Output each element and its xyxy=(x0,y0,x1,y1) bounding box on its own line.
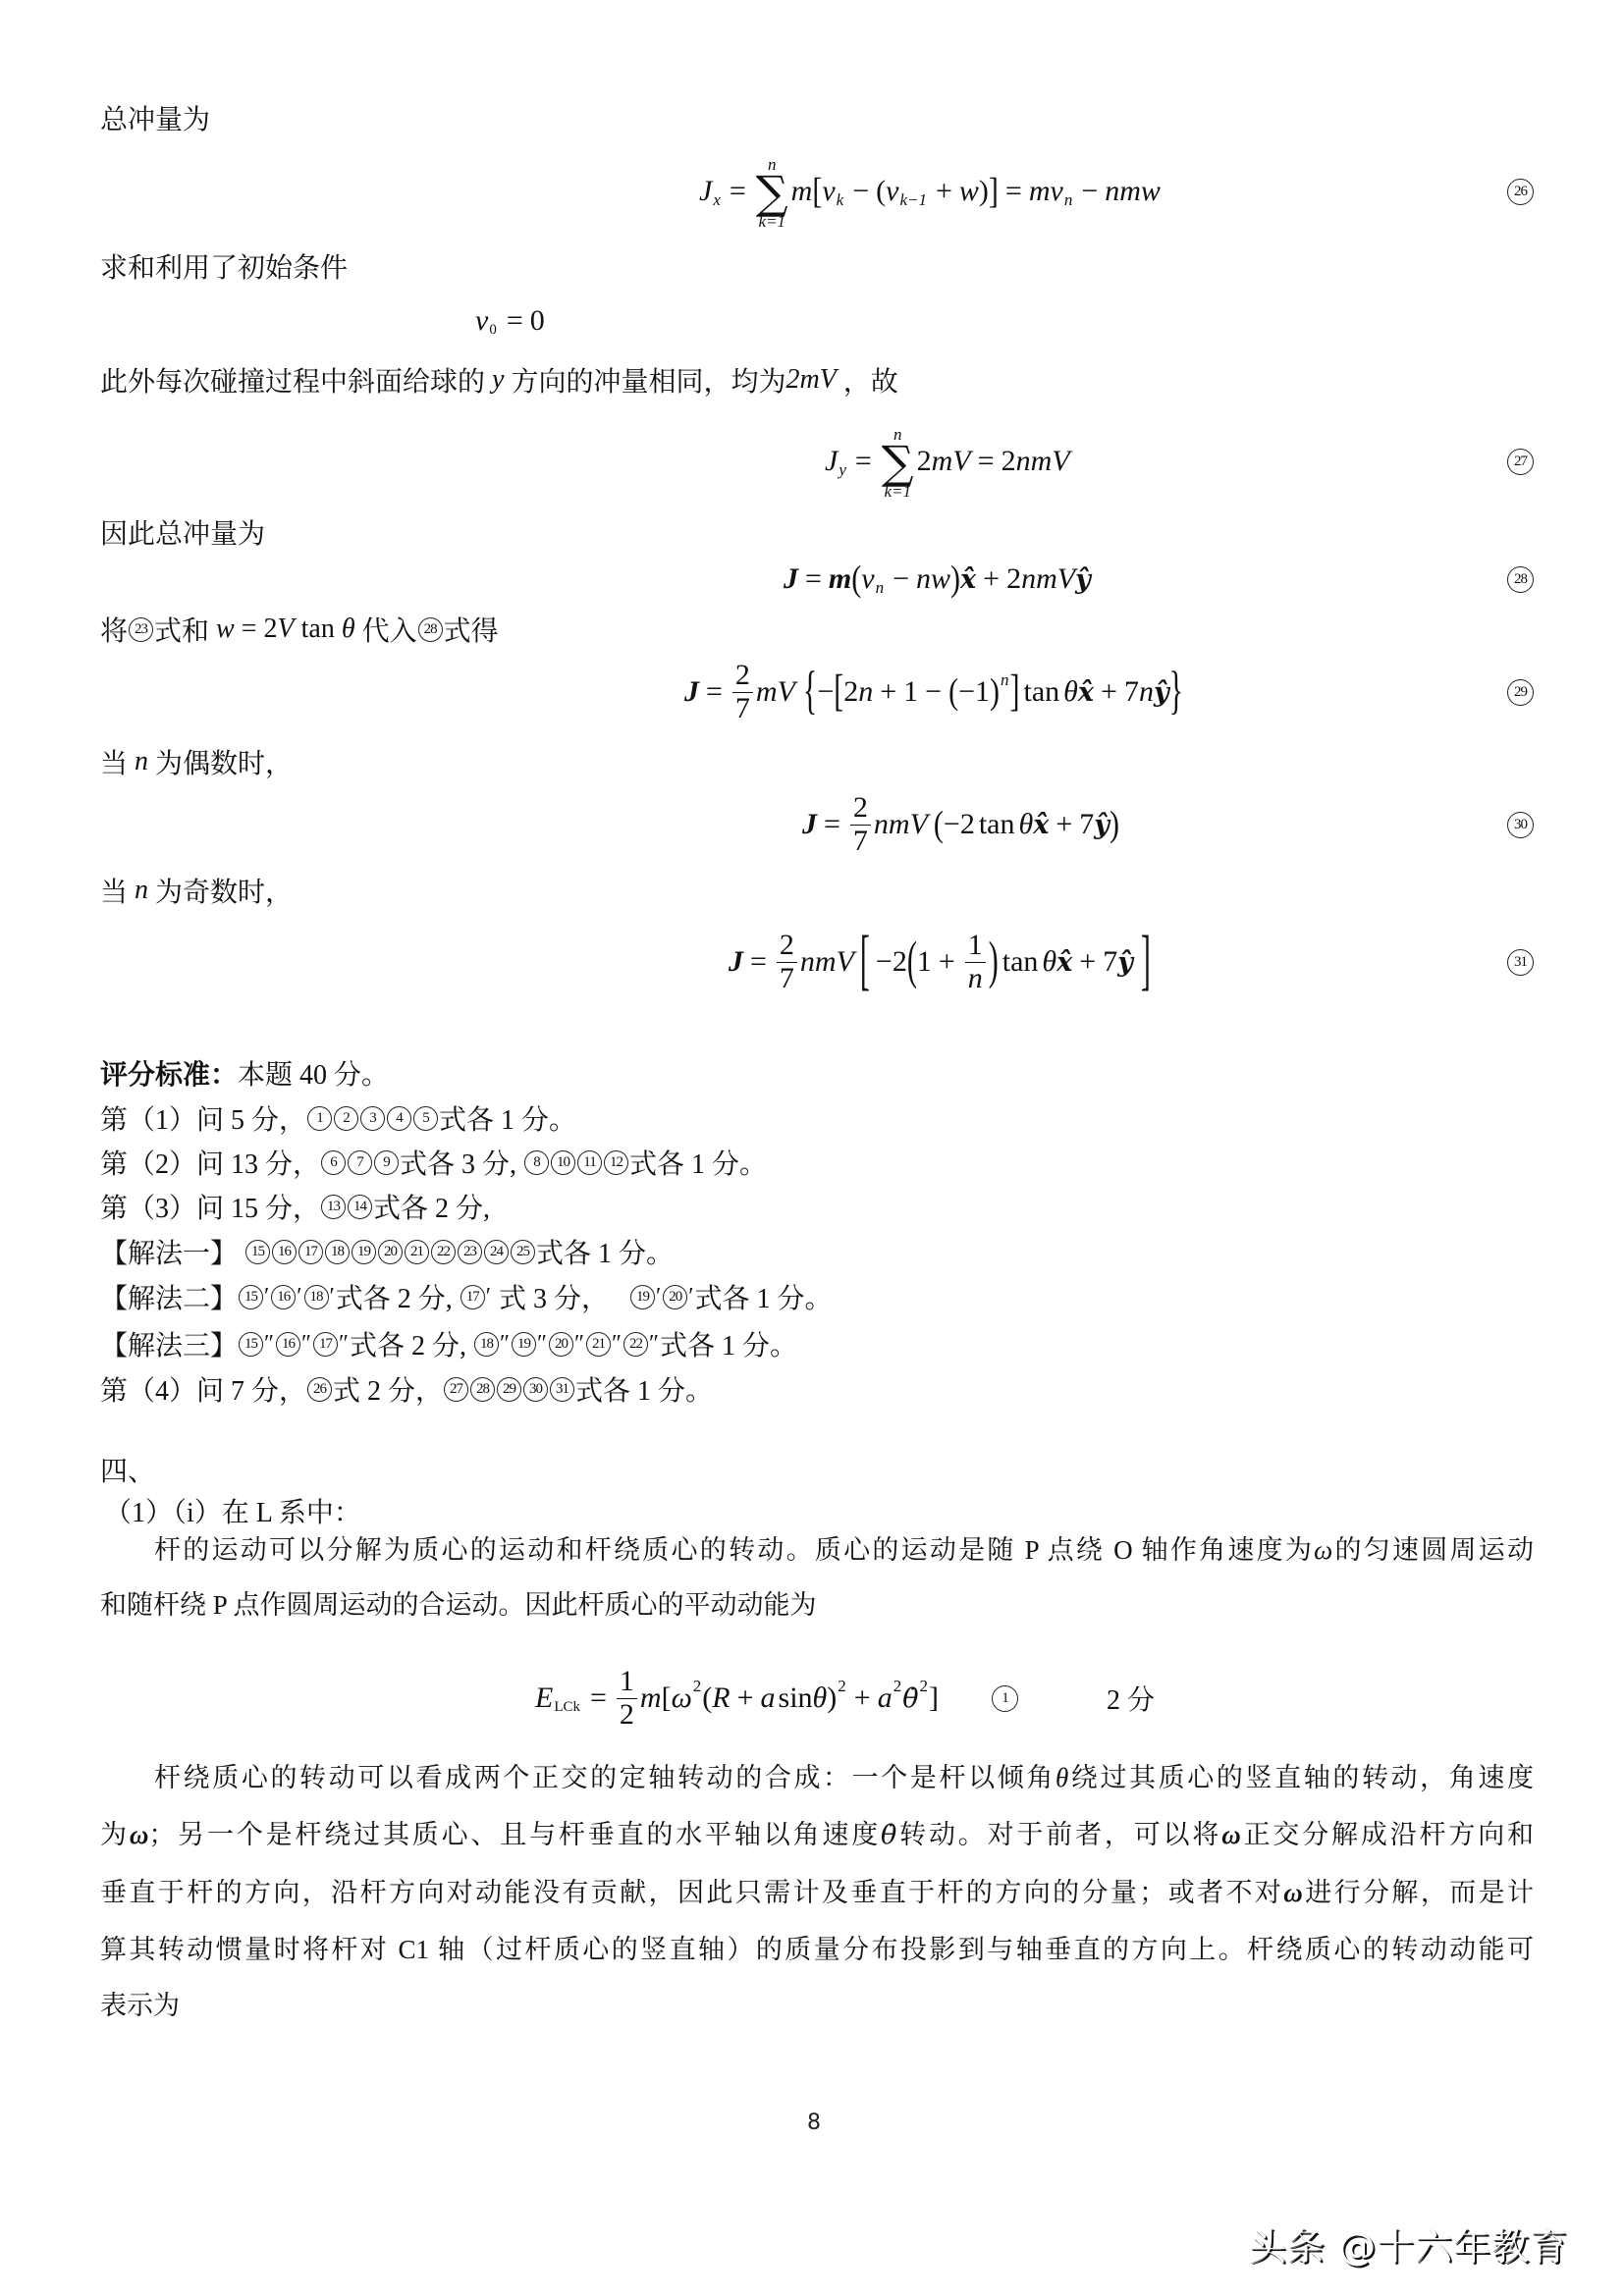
watermark: 头条 @十六年教育 xyxy=(1249,2216,1568,2270)
circled-number: 23 xyxy=(458,1240,482,1264)
sigma-symbol: ∑ xyxy=(882,444,914,482)
sigma-symbol: ∑ xyxy=(756,174,788,212)
math-symbol: nmV xyxy=(1016,445,1070,478)
circled-number: 6 xyxy=(321,1150,346,1175)
paragraph-2-line-4: 算其转动惯量时将杆对 C1 轴（过杆质心的竖直轴）的质量分布投影到与轴垂直的方向… xyxy=(100,1934,1534,1965)
text-segment: 绕过其质心的竖直轴的转动，角速度 xyxy=(1068,1763,1534,1792)
math-operator: = xyxy=(730,175,746,208)
circled-number: 16 xyxy=(271,1285,296,1309)
section-4-subheading: （1）（i）在 L 系中： xyxy=(104,1495,361,1526)
math-operator: − xyxy=(893,562,909,596)
math-superscript: 2 xyxy=(919,1677,928,1696)
math-function: sin xyxy=(779,1682,813,1715)
math-bracket: } xyxy=(1169,662,1183,721)
equation-number-26: 26 xyxy=(1507,179,1534,205)
math-number: 2 xyxy=(1006,562,1021,596)
paragraph-2-line-5: 表示为 xyxy=(100,1990,1534,2021)
math-symbol: m xyxy=(829,562,851,596)
math-operator: + xyxy=(936,175,952,208)
scoring-q2: 第（2）问 13 分， 6 7 9 式各 3 分, 8 10 11 12 式各 … xyxy=(100,1147,767,1178)
math-operator: + xyxy=(737,1682,754,1715)
prime-mark: ′ xyxy=(264,1284,269,1310)
scoring-total: 本题 40 分。 xyxy=(238,1053,389,1093)
text-segment: 第（1）问 5 分， xyxy=(100,1098,306,1138)
math-number: 2 xyxy=(1001,445,1016,478)
math-bracket: [ xyxy=(860,924,870,1000)
section-4-heading: 四、 xyxy=(100,1454,155,1485)
equation-mark-1: 1 xyxy=(992,1685,1018,1712)
math-operator: = xyxy=(1005,175,1022,208)
text-segment: 【解法二】 xyxy=(100,1277,238,1316)
math-function: tan xyxy=(1024,675,1060,709)
math-bracket: ) xyxy=(979,175,989,208)
double-prime-mark: ″ xyxy=(649,1331,659,1358)
text-segment: 式各 1 分。 xyxy=(536,1232,674,1271)
math-subscript: n xyxy=(876,578,885,598)
text-segment: 式得 xyxy=(444,610,499,649)
double-prime-mark: ″ xyxy=(574,1331,584,1358)
circled-number: 28 xyxy=(470,1377,495,1402)
circled-number: 21 xyxy=(405,1240,429,1264)
numerator: 2 xyxy=(850,792,871,825)
math-symbol: v xyxy=(822,175,835,208)
math-symbol: mV xyxy=(756,675,795,709)
text-even-case: 当 n 为偶数时， xyxy=(100,746,293,777)
fraction: 27 xyxy=(850,792,871,857)
text-sum-note: 求和利用了初始条件 xyxy=(100,250,348,282)
math-symbol: m xyxy=(640,1682,662,1715)
score-points: 2 分 xyxy=(1107,1679,1155,1718)
text-segment: 此外每次碰撞过程中斜面给球的 xyxy=(100,360,492,400)
unit-vector-y: ŷ xyxy=(1094,810,1110,840)
equation-initial-condition: v 0 = 0 xyxy=(475,277,545,365)
denominator: 7 xyxy=(732,693,753,724)
math-operator: = xyxy=(242,614,257,645)
double-prime-mark: ″ xyxy=(339,1331,349,1358)
math-bracket: { xyxy=(803,662,817,721)
circled-number: 5 xyxy=(413,1106,438,1131)
math-bracket: [ xyxy=(662,1682,672,1715)
math-symbol: nmw xyxy=(1105,175,1161,208)
circled-number: 30 xyxy=(523,1377,548,1402)
math-vector: J xyxy=(802,808,817,841)
math-subscript: x xyxy=(713,190,721,210)
circled-number: 1 xyxy=(307,1106,332,1131)
math-bracket: ) xyxy=(950,559,960,601)
math-symbol: R xyxy=(712,1682,730,1715)
equation-28: J = m ( v n − nw ) x̂ + 2 nmV ŷ xyxy=(784,535,1091,623)
text-segment: 方向的冲量相同，均为 xyxy=(504,360,785,400)
math-bracket: ( xyxy=(851,559,861,601)
numerator: 1 xyxy=(965,930,986,962)
text-segment: 的匀速圆周运动 xyxy=(1332,1535,1534,1565)
subsection-title: （1）（i）在 L 系中： xyxy=(104,1491,361,1530)
math-bracket: ] xyxy=(1010,667,1020,718)
circled-number: 15 xyxy=(239,1285,263,1309)
math-subscript: k xyxy=(837,190,844,210)
omega-vector-symbol: ω xyxy=(1221,1820,1241,1849)
omega-vector-symbol: ω xyxy=(130,1820,149,1849)
circled-number: 20 xyxy=(663,1285,687,1309)
paragraph-2-line-3: 垂直于杆的方向，沿杆方向对动能没有贡献，因此只需计及垂直于杆的方向的分量；或者不… xyxy=(100,1877,1534,1908)
equation-translational-kinetic-energy: E LCk = 12 m [ ω 2 ( R + a sin θ ) 2 + a… xyxy=(535,1654,939,1742)
math-symbol: nmV xyxy=(800,945,854,979)
math-bracket: ) xyxy=(827,1682,837,1715)
text-substitute: 将 23 式和 w = 2 V tan θ 代入 28 式得 xyxy=(100,614,499,645)
circled-number: 28 xyxy=(418,617,443,642)
math-number: −1 xyxy=(958,675,990,709)
section-number: 四、 xyxy=(100,1450,155,1489)
circled-number: 17 xyxy=(313,1332,338,1357)
math-superscript: 2 xyxy=(838,1677,846,1696)
unit-vector-x: x̂ xyxy=(1078,677,1094,708)
math-symbol: E xyxy=(535,1682,553,1715)
omega-vector-symbol: ω xyxy=(1283,1878,1303,1907)
fraction: 12 xyxy=(617,1666,637,1731)
math-symbol: a xyxy=(878,1682,893,1715)
text-segment: 【解法三】 xyxy=(100,1324,238,1363)
math-symbol: y xyxy=(492,364,504,396)
circled-number: 11 xyxy=(577,1150,602,1175)
scoring-method-3: 【解法三】 15″ 16″ 17″ 式各 2 分, 18″ 19″ 20″ 21… xyxy=(100,1328,797,1360)
equation-number-29: 29 xyxy=(1507,679,1534,706)
text-segment: 第（3）问 15 分， xyxy=(100,1187,320,1226)
math-operator: − xyxy=(925,675,942,709)
summation: n∑k=1 xyxy=(756,156,788,231)
math-symbol: v xyxy=(861,562,874,596)
text-segment: 【解法一】 xyxy=(100,1232,244,1271)
unit-vector-y: ŷ xyxy=(1154,677,1169,708)
math-symbol: a xyxy=(761,1682,776,1715)
circled-number: 18 xyxy=(304,1285,329,1309)
theta-symbol: θ xyxy=(1056,1763,1068,1792)
numerator: 1 xyxy=(617,1666,637,1698)
double-prime-mark: ″ xyxy=(537,1331,547,1358)
circled-number: 3 xyxy=(360,1106,385,1131)
fraction: 27 xyxy=(777,930,797,994)
unit-vector-y: ŷ xyxy=(1075,564,1091,595)
circled-number: 19 xyxy=(512,1332,536,1357)
circled-number: 20 xyxy=(549,1332,573,1357)
text-segment: 将 xyxy=(100,610,128,649)
math-number: 1 xyxy=(917,945,932,979)
circled-number: 16 xyxy=(276,1332,300,1357)
math-operator: = xyxy=(824,808,840,841)
math-symbol: V xyxy=(278,614,295,645)
paragraph-1-line-1: 杆的运动可以分解为质心的运动和杆绕质心的转动。质心的运动是随 P 点绕 O 轴作… xyxy=(154,1534,1534,1566)
fraction: 27 xyxy=(732,660,753,724)
math-symbol: n xyxy=(1139,675,1154,709)
circled-number: 24 xyxy=(484,1240,509,1264)
circled-number: 22 xyxy=(623,1332,648,1357)
math-operator: − xyxy=(852,175,869,208)
math-bracket: [ xyxy=(834,667,843,718)
equation-score: 2 分 xyxy=(1107,1682,1155,1714)
text-segment: 式各 2 分, xyxy=(336,1277,460,1316)
circled-number: 26 xyxy=(307,1377,332,1402)
text-total-impulse: 总冲量为 xyxy=(100,102,210,133)
math-operator: = xyxy=(978,445,995,478)
circled-number: 19 xyxy=(630,1285,655,1309)
circled-number: 8 xyxy=(524,1150,549,1175)
circled-number: 19 xyxy=(352,1240,376,1264)
circled-number: 17 xyxy=(460,1285,485,1309)
math-operator: + xyxy=(1079,945,1096,979)
math-symbol: m xyxy=(1029,175,1051,208)
equation-number-28: 28 xyxy=(1507,566,1534,593)
circled-number: 16 xyxy=(272,1240,297,1264)
text-segment: 和随杆绕 P 点作圆周运动的合运动。因此杆质心的平动动能为 xyxy=(100,1590,817,1620)
math-symbol: θ xyxy=(1042,945,1056,979)
circled-number: 7 xyxy=(348,1150,372,1175)
prime-mark: ′ xyxy=(330,1284,335,1310)
denominator: 7 xyxy=(777,963,797,994)
scoring-title: 评分标准： xyxy=(100,1053,238,1093)
equation-27: J y = n∑k=1 2 mV = 2 nmV xyxy=(825,417,1070,506)
math-symbol: ω xyxy=(672,1682,692,1715)
circled-number: 2 xyxy=(334,1106,358,1131)
math-symbol: m xyxy=(791,175,813,208)
math-subscript: LCk xyxy=(554,1699,580,1716)
text-segment: 为偶数时， xyxy=(148,742,293,781)
scoring-heading: 评分标准： 本题 40 分。 xyxy=(100,1057,389,1089)
circled-number: 22 xyxy=(431,1240,456,1264)
text-segment: 式 2 分， xyxy=(333,1369,443,1409)
math-symbol: J xyxy=(699,175,712,208)
text-segment: 因此总冲量为 xyxy=(100,512,265,552)
math-vector: J xyxy=(684,675,699,709)
math-subscript: 0 xyxy=(489,322,497,339)
circled-number: 20 xyxy=(378,1240,403,1264)
summation: n∑k=1 xyxy=(882,426,914,501)
circled-number: 13 xyxy=(321,1195,346,1219)
math-operator: = xyxy=(750,945,767,979)
math-bracket: ) xyxy=(990,671,1000,714)
text-segment: 杆的运动可以分解为质心的运动和杆绕质心的转动。质心的运动是随 P 点绕 O 轴作… xyxy=(154,1535,1314,1565)
math-number: 7 xyxy=(1124,675,1139,709)
math-number: 2 xyxy=(264,614,278,645)
text-segment: 式各 1 分。 xyxy=(695,1277,833,1316)
math-symbol: w xyxy=(216,614,235,645)
text-segment: 式各 1 分。 xyxy=(660,1324,797,1363)
math-number: 0 xyxy=(530,304,545,338)
math-number: 7 xyxy=(1079,808,1094,841)
math-vector: J xyxy=(784,562,798,596)
theta-dot-symbol: θ̇ xyxy=(881,1820,896,1850)
math-number: 1 xyxy=(903,675,918,709)
unit-vector-x: x̂ xyxy=(1033,810,1049,840)
math-operator: = xyxy=(805,562,822,596)
equation-number-31: 31 xyxy=(1507,949,1534,976)
text-segment: 杆绕质心的转动可以看成两个正交的定轴转动的合成：一个是杆以倾角 xyxy=(154,1763,1056,1792)
math-number: 2 xyxy=(843,675,858,709)
circled-number: 15 xyxy=(245,1240,270,1264)
math-operator: − xyxy=(1081,175,1098,208)
text-segment: 式各 1 分。 xyxy=(575,1369,713,1409)
text-segment: 进行分解，而是计 xyxy=(1303,1878,1534,1907)
prime-mark: ′ xyxy=(486,1284,491,1310)
math-bracket: ( xyxy=(948,671,958,714)
theta-dot-symbol: θ̇ xyxy=(902,1683,918,1714)
math-symbol: n xyxy=(135,875,148,906)
circled-number: 14 xyxy=(348,1195,372,1219)
unit-vector-x: x̂ xyxy=(1056,947,1072,978)
text-segment: 第（4）问 7 分， xyxy=(100,1369,306,1409)
sum-lower-limit: k=1 xyxy=(884,483,911,502)
math-superscript: n xyxy=(1001,670,1009,690)
text-segment: 式各 2 分, xyxy=(350,1324,473,1363)
text-segment: 为 xyxy=(100,1820,130,1849)
math-number: −2 xyxy=(876,945,907,979)
prime-mark: ′ xyxy=(297,1284,301,1310)
math-bracket: ] xyxy=(929,1682,939,1715)
math-symbol: θ xyxy=(342,614,355,645)
math-superscript: 2 xyxy=(693,1677,702,1696)
text-segment: 总冲量为 xyxy=(100,98,210,137)
math-operator: = xyxy=(507,304,523,338)
math-symbol: mV xyxy=(932,445,971,478)
math-operator: + xyxy=(854,1682,871,1715)
circled-number: 18 xyxy=(474,1332,499,1357)
text-segment: 式 3 分， xyxy=(492,1277,629,1316)
equation-26: J x = n∑k=1 m [ v k − ( v k−1 + w ) ] = … xyxy=(699,147,1161,236)
math-bracket: ( xyxy=(907,932,917,991)
scoring-q1: 第（1）问 5 分， 1 2 3 4 5 式各 1 分。 xyxy=(100,1102,576,1134)
text-segment: 式各 1 分。 xyxy=(629,1143,767,1182)
math-number: −2 xyxy=(944,808,975,841)
math-operator: + xyxy=(880,675,896,709)
math-operator: + xyxy=(939,945,955,979)
circled-number: 18 xyxy=(325,1240,350,1264)
math-symbol: v xyxy=(1051,175,1063,208)
scoring-q4: 第（4）问 7 分， 26 式 2 分， 27 28 29 30 31 式各 1… xyxy=(100,1373,713,1405)
text-segment: 第（2）问 13 分， xyxy=(100,1143,320,1182)
math-vector: J xyxy=(729,945,743,979)
double-prime-mark: ″ xyxy=(264,1331,274,1358)
text-segment: 表示为 xyxy=(100,1991,180,2020)
text-segment: 算其转动惯量时将杆对 C1 轴（过杆质心的竖直轴）的质量分布投影到与轴垂直的方向… xyxy=(100,1935,1534,1964)
paragraph-1-line-2: 和随杆绕 P 点作圆周运动的合运动。因此杆质心的平动动能为 xyxy=(100,1589,1534,1621)
math-symbol: θ xyxy=(1019,808,1034,841)
math-number: 2 xyxy=(917,445,932,478)
unit-vector-y: ŷ xyxy=(1117,947,1133,978)
double-prime-mark: ″ xyxy=(301,1331,311,1358)
math-bracket: ( xyxy=(876,175,886,208)
math-symbol: θ xyxy=(813,1682,828,1715)
math-number: 7 xyxy=(1103,945,1117,979)
numerator: 2 xyxy=(777,930,797,962)
math-operator: + xyxy=(983,562,1000,596)
math-subscript: y xyxy=(839,460,846,480)
math-operator: + xyxy=(1056,808,1072,841)
equation-30: J = 27 nmV ( −2 tan θ x̂ + 7 ŷ ) xyxy=(802,780,1119,869)
math-symbol: v xyxy=(886,175,898,208)
math-operator: + xyxy=(1101,675,1117,709)
circled-number: 23 xyxy=(129,617,153,642)
circled-number: 15 xyxy=(239,1332,263,1357)
scoring-method-2: 【解法二】 15′ 16′ 18′ 式各 2 分, 17′ 式 3 分， 19′… xyxy=(100,1281,833,1312)
circled-number: 21 xyxy=(586,1332,611,1357)
math-symbol: θ xyxy=(1063,675,1078,709)
math-symbol: nw xyxy=(916,562,950,596)
page-number: 8 xyxy=(807,2110,821,2135)
text-segment: 式各 1 分。 xyxy=(439,1098,576,1138)
math-symbol: n xyxy=(135,746,148,777)
scoring-method-1: 【解法一】 15 16 17 18 19 20 21 22 23 24 25 式… xyxy=(100,1236,674,1267)
math-operator: = xyxy=(590,1682,607,1715)
text-segment: 为奇数时， xyxy=(148,871,293,910)
math-symbol: v xyxy=(475,304,488,338)
circled-number: 10 xyxy=(551,1150,575,1175)
paragraph-2-line-1: 杆绕质心的转动可以看成两个正交的定轴转动的合成：一个是杆以倾角θ绕过其质心的竖直… xyxy=(154,1762,1534,1793)
math-function: tan xyxy=(1002,945,1039,979)
prime-mark: ′ xyxy=(656,1284,661,1310)
equation-31: J = 27 nmV [ −2 ( 1 + 1n ) tan θ x̂ + 7 … xyxy=(729,918,1151,1006)
math-symbol: w xyxy=(959,175,979,208)
denominator: 7 xyxy=(850,826,871,857)
math-subscript: k−1 xyxy=(899,190,927,210)
equation-number-27: 27 xyxy=(1507,449,1534,475)
circled-number: 17 xyxy=(298,1240,323,1264)
math-bracket: ) xyxy=(1110,804,1119,846)
omega-symbol: ω xyxy=(1314,1535,1332,1565)
text-odd-case: 当 n 为奇数时， xyxy=(100,875,293,906)
text-segment: 式各 2 分, xyxy=(373,1187,490,1226)
equation-29: J = 27 mV { − [ 2 n + 1 − ( −1 ) n ] tan… xyxy=(684,648,1183,736)
math-symbol: J xyxy=(825,445,838,478)
math-expression: 2mV xyxy=(785,364,836,396)
text-segment: 式和 xyxy=(154,610,216,649)
paragraph-2-line-2: 为ω；另一个是杆绕过其质心、且与杆垂直的水平轴以角速度θ̇转动。对于前者，可以将… xyxy=(100,1819,1534,1851)
circled-number: 25 xyxy=(511,1240,535,1264)
circled-number: 29 xyxy=(497,1377,521,1402)
math-superscript: 2 xyxy=(893,1677,902,1696)
text-segment: ；另一个是杆绕过其质心、且与杆垂直的水平轴以角速度 xyxy=(148,1820,881,1849)
circled-number: 31 xyxy=(550,1377,574,1402)
math-bracket: [ xyxy=(812,171,822,213)
double-prime-mark: ″ xyxy=(612,1331,622,1358)
math-function: tan xyxy=(979,808,1015,841)
math-symbol: nmV xyxy=(1021,562,1075,596)
math-operator: = xyxy=(855,445,872,478)
equation-number-30: 30 xyxy=(1507,812,1534,838)
circled-number: 4 xyxy=(387,1106,411,1131)
denominator: 2 xyxy=(617,1699,637,1731)
text-segment: 转动。对于前者，可以将 xyxy=(896,1820,1221,1849)
text-segment: 求和利用了初始条件 xyxy=(100,246,348,286)
math-bracket: ) xyxy=(989,932,999,991)
text-hence-total: 因此总冲量为 xyxy=(100,516,265,548)
double-prime-mark: ″ xyxy=(500,1331,510,1358)
math-bracket: ( xyxy=(702,1682,712,1715)
math-operator: − xyxy=(817,675,834,709)
text-segment: 当 xyxy=(100,742,135,781)
unit-vector-x: x̂ xyxy=(960,564,976,595)
text-segment: 垂直于杆的方向，沿杆方向对动能没有贡献，因此只需计及垂直于杆的方向的分量；或者不… xyxy=(100,1878,1283,1907)
circled-number: 12 xyxy=(604,1150,628,1175)
text-segment: 式各 3 分, xyxy=(400,1143,523,1182)
math-bracket: ] xyxy=(989,171,999,213)
fraction: 1n xyxy=(965,930,986,994)
text-segment: ，故 xyxy=(837,360,898,400)
math-symbol: nmV xyxy=(874,808,928,841)
circled-number: 9 xyxy=(374,1150,399,1175)
scoring-q3: 第（3）问 15 分， 13 14 式各 2 分, xyxy=(100,1191,490,1222)
text-segment: 代入 xyxy=(355,610,417,649)
numerator: 2 xyxy=(732,660,753,692)
denominator: n xyxy=(965,963,986,994)
text-segment: 正交分解成沿杆方向和 xyxy=(1241,1820,1534,1849)
